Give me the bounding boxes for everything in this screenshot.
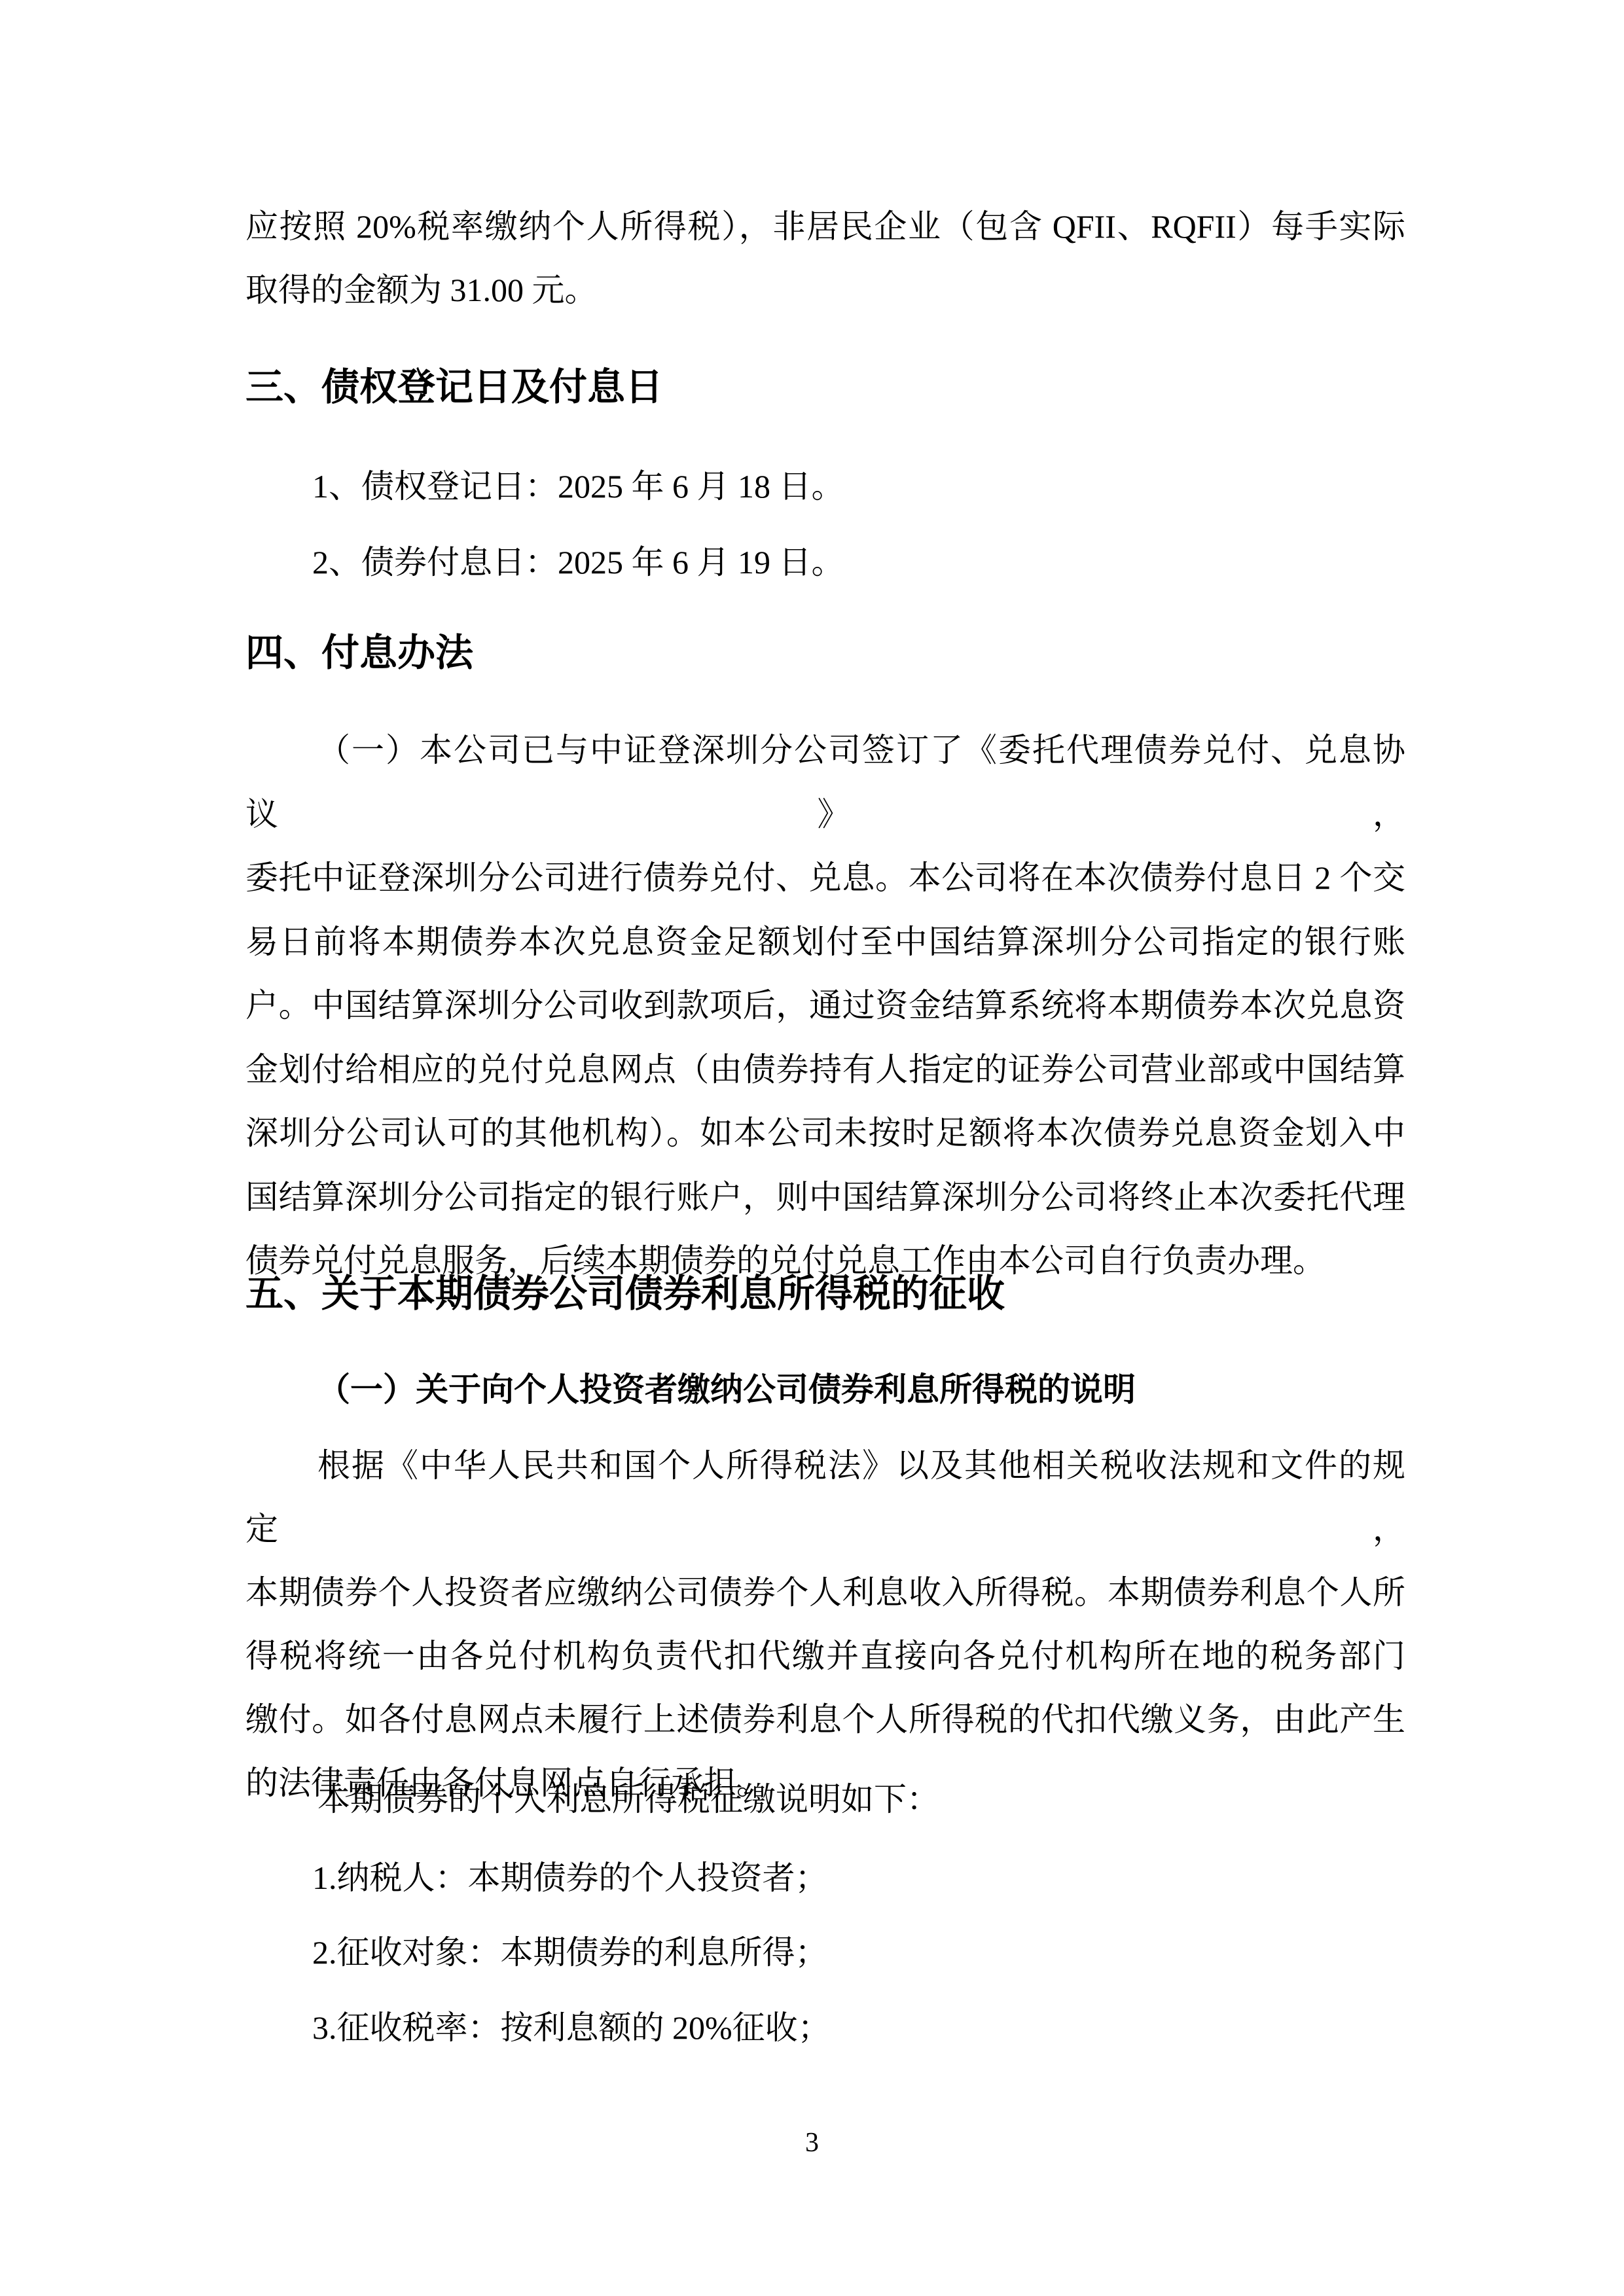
body-line: 根据《中华人民共和国个人所得税法》以及其他相关税收法规和文件的规定， bbox=[245, 1434, 1405, 1561]
document-page: 应按照 20%税率缴纳个人所得税），非居民企业（包含 QFII、RQFII）每手… bbox=[0, 0, 1624, 2296]
list-item-tax-rate: 3.征收税率：按利息额的 20%征收； bbox=[245, 1996, 1405, 2060]
body-line: 缴付。如各付息网点未履行上述债券利息个人所得税的代扣代缴义务，由此产生 bbox=[245, 1688, 1405, 1751]
list-item-taxpayer: 1.纳税人：本期债券的个人投资者； bbox=[245, 1846, 1405, 1910]
body-line: 应按照 20%税率缴纳个人所得税），非居民企业（包含 QFII、RQFII）每手… bbox=[245, 195, 1405, 259]
body-line: 易日前将本期债券本次兑息资金足额划付至中国结算深圳分公司指定的银行账 bbox=[245, 910, 1405, 975]
list-item-payment-date: 2、债券付息日：2025 年 6 月 19 日。 bbox=[245, 531, 1405, 594]
body-line: 深圳分公司认可的其他机构）。如本公司未按时足额将本次债券兑息资金划入中 bbox=[245, 1102, 1405, 1166]
section-5-heading: 五、关于本期债券公司债券利息所得税的征收 bbox=[245, 1262, 1405, 1325]
section-4-heading: 四、付息办法 bbox=[245, 621, 1405, 685]
body-line: 得税将统一由各兑付机构负责代扣代缴并直接向各兑付机构所在地的税务部门 bbox=[245, 1624, 1405, 1688]
body-line: 金划付给相应的兑付兑息网点（由债券持有人指定的证券公司营业部或中国结算 bbox=[245, 1038, 1405, 1102]
body-line: 本期债券个人投资者应缴纳公司债券个人利息收入所得税。本期债券利息个人所 bbox=[245, 1561, 1405, 1624]
section-5-paragraph-2: 本期债券的个人利息所得税征缴说明如下： bbox=[245, 1768, 1405, 1831]
section-5-paragraph-1: 根据《中华人民共和国个人所得税法》以及其他相关税收法规和文件的规定， 本期债券个… bbox=[245, 1434, 1405, 1815]
body-line: 取得的金额为 31.00 元。 bbox=[245, 259, 1405, 322]
section-3-heading: 三、债权登记日及付息日 bbox=[245, 355, 1405, 419]
section-5-subheading: （一）关于向个人投资者缴纳公司债券利息所得税的说明 bbox=[245, 1358, 1405, 1422]
body-line: 户。中国结算深圳分公司收到款项后，通过资金结算系统将本期债券本次兑息资 bbox=[245, 974, 1405, 1038]
body-line: （一）本公司已与中证登深圳分公司签订了《委托代理债券兑付、兑息协议》， bbox=[245, 719, 1405, 846]
body-line: 国结算深圳分公司指定的银行账户，则中国结算深圳分公司将终止本次委托代理 bbox=[245, 1166, 1405, 1230]
list-item-tax-object: 2.征收对象：本期债券的利息所得； bbox=[245, 1921, 1405, 1984]
continuation-paragraph: 应按照 20%税率缴纳个人所得税），非居民企业（包含 QFII、RQFII）每手… bbox=[245, 195, 1405, 322]
section-4-paragraph: （一）本公司已与中证登深圳分公司签订了《委托代理债券兑付、兑息协议》， 委托中证… bbox=[245, 719, 1405, 1293]
page-number: 3 bbox=[0, 2129, 1624, 2157]
body-line: 委托中证登深圳分公司进行债券兑付、兑息。本公司将在本次债券付息日 2 个交 bbox=[245, 846, 1405, 910]
list-item-registration-date: 1、债权登记日：2025 年 6 月 18 日。 bbox=[245, 455, 1405, 518]
